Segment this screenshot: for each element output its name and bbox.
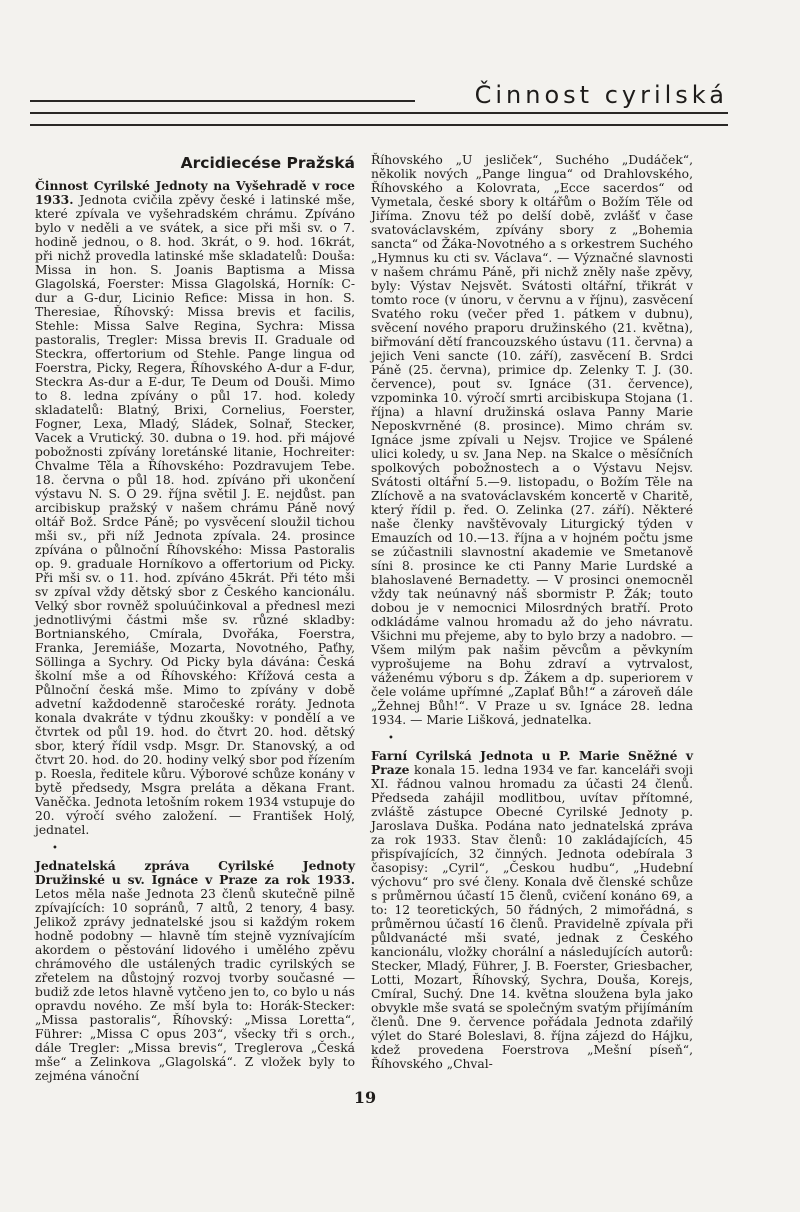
header-rule (30, 100, 415, 102)
header-rule (30, 112, 728, 114)
page-header: Činnost cyrilská (30, 80, 728, 130)
article-ignac: Jednatelská zpráva Cyrilské Jednoty Druž… (35, 859, 355, 1083)
article-body: Jednota cvičila zpěvy české i latinské m… (35, 193, 355, 837)
right-column: Říhovského „U jesliček“, Suchého „Dudáče… (371, 153, 693, 1071)
running-header-title: Činnost cyrilská (467, 80, 728, 110)
section-title: Arcidiecése Pražská (35, 153, 355, 173)
article-vysehrad: Činnost Cyrilské Jednoty na Vyšehradě v … (35, 179, 355, 837)
left-column: Arcidiecése Pražská Činnost Cyrilské Jed… (35, 153, 355, 1083)
article-body: Letos měla naše Jednota 23 členů skutečn… (35, 887, 355, 1083)
article-snezne: Farní Cyrilská Jednota u P. Marie Sněžné… (371, 749, 693, 1071)
bullet-separator: • (371, 733, 411, 745)
article-ignac-continued: Říhovského „U jesliček“, Suchého „Dudáče… (371, 153, 693, 727)
page-number: 19 (0, 1088, 730, 1107)
article-lead: Jednatelská zpráva Cyrilské Jednoty Druž… (35, 858, 355, 887)
article-body: konala 15. ledna 1934 ve far. kanceláři … (371, 763, 693, 1071)
bullet-separator: • (35, 843, 75, 855)
header-rule (30, 124, 728, 126)
